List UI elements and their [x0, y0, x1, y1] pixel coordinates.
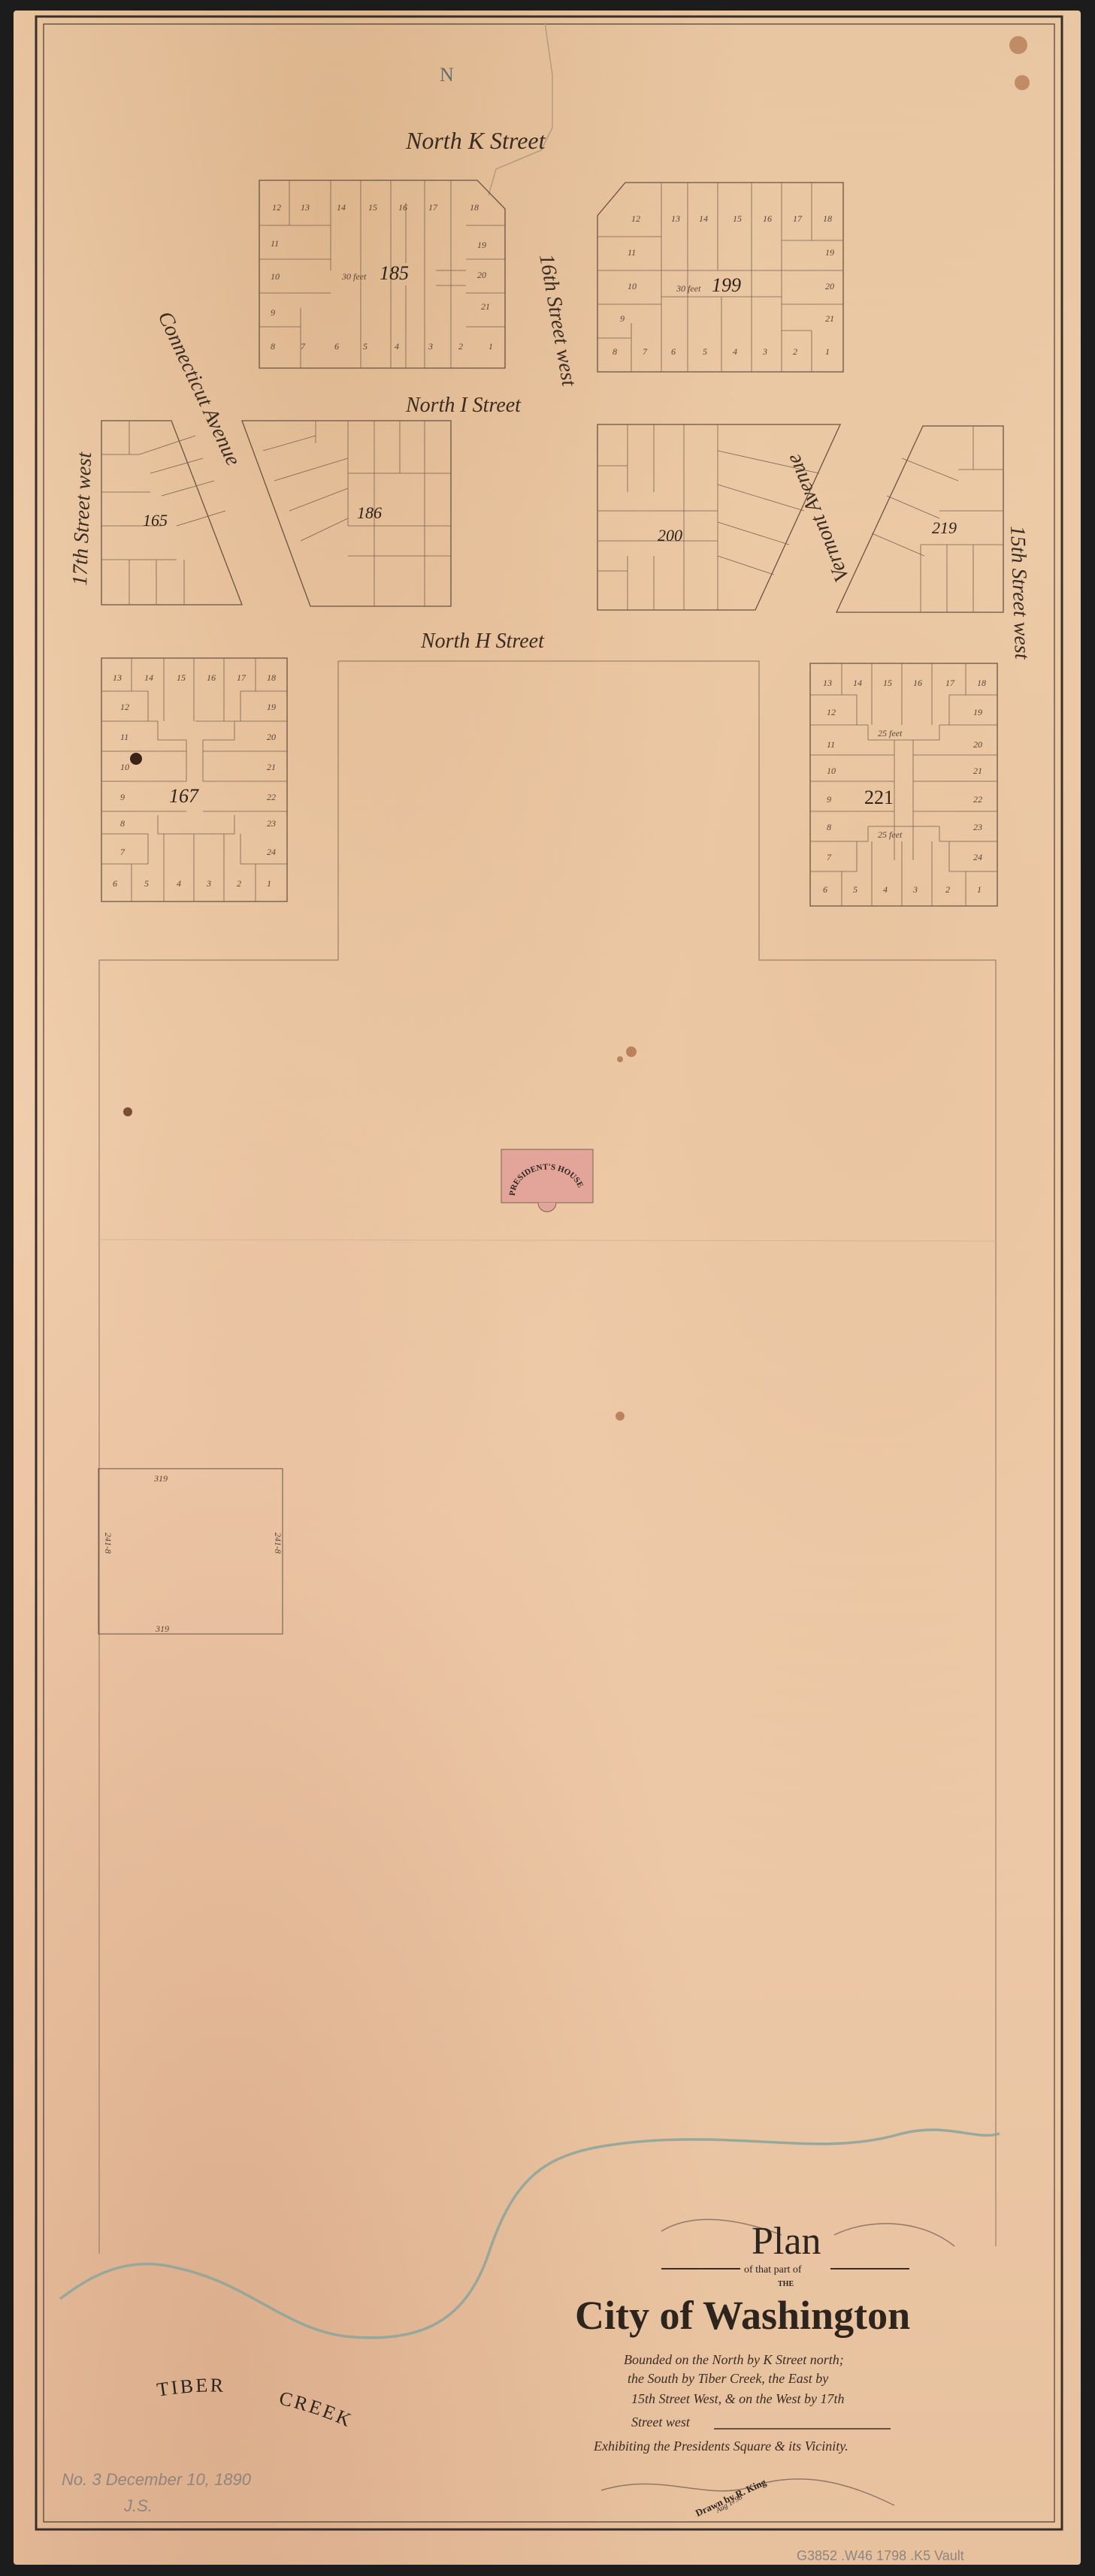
lot-number: 4 — [395, 341, 399, 352]
tiber-creek-label-2: CREEK — [277, 2387, 356, 2433]
description-line-3: 15th Street West, & on the West by 17th — [631, 2391, 844, 2406]
lot-number: 21 — [973, 766, 982, 776]
lot-number: 18 — [977, 678, 986, 688]
reservation-plot: 319 319 241-8 241-8 — [98, 1469, 283, 1634]
alley-width: 25 feet — [878, 829, 903, 840]
square-number: 186 — [357, 503, 382, 522]
credit: Drawn by R. King — [694, 2476, 768, 2519]
description-line-1: Bounded on the North by K Street north; — [624, 2352, 844, 2367]
paper-crack — [489, 23, 552, 195]
square-186: 186 — [242, 421, 451, 606]
pencil-initials: J.S. — [123, 2496, 153, 2515]
lot-number: 16 — [398, 202, 407, 213]
lot-number: 16 — [763, 213, 772, 224]
ink-stain — [130, 753, 142, 765]
square-199: 199 30 feet 12 13 14 15 16 17 18 19 20 2… — [597, 183, 843, 372]
description-line-4: Street west — [631, 2414, 691, 2430]
lot-number: 19 — [267, 702, 276, 712]
lot-number: 17 — [945, 678, 955, 688]
lot-number: 3 — [762, 346, 767, 357]
square-number: 221 — [864, 787, 894, 808]
lot-number: 18 — [470, 202, 479, 213]
lot-number: 17 — [793, 213, 803, 224]
vermont-avenue-label: Vermont Avenue — [782, 451, 854, 585]
lot-number: 14 — [699, 213, 708, 224]
lot-number: 8 — [120, 818, 125, 829]
lot-number: 1 — [977, 884, 982, 895]
lot-number: 5 — [703, 346, 707, 357]
lot-number: 6 — [823, 884, 827, 895]
lot-number: 2 — [458, 341, 463, 352]
alley-width: 30 feet — [676, 283, 701, 294]
lot-number: 14 — [144, 672, 153, 683]
lot-number: 4 — [883, 884, 888, 895]
lot-number: 13 — [823, 678, 832, 688]
lot-number: 3 — [912, 884, 918, 895]
lot-number: 1 — [825, 346, 830, 357]
lot-number: 10 — [120, 762, 129, 772]
lot-number: 9 — [120, 792, 125, 802]
stain — [626, 1046, 637, 1057]
square-167: 167 13 14 15 16 17 18 12 19 11 20 10 21 … — [101, 658, 287, 901]
square-number: 165 — [143, 511, 168, 530]
stain — [1015, 75, 1030, 90]
lot-number: 13 — [301, 202, 310, 213]
lot-number: 16 — [207, 672, 216, 683]
lot-number: 8 — [613, 346, 617, 357]
square-number: 200 — [658, 526, 682, 545]
lot-number: 5 — [363, 341, 368, 352]
dimension-label: 319 — [153, 1473, 168, 1484]
lot-number: 11 — [628, 247, 636, 258]
lot-number: 14 — [853, 678, 862, 688]
stain — [1009, 36, 1027, 54]
lot-number: 13 — [671, 213, 680, 224]
dimension-label: 319 — [155, 1623, 169, 1634]
description-line-2: the South by Tiber Creek, the East by — [628, 2371, 828, 2386]
lot-number: 16 — [913, 678, 922, 688]
lot-number: 20 — [267, 732, 276, 742]
lot-number: 8 — [827, 822, 831, 832]
lot-number: 21 — [267, 762, 276, 772]
lot-number: 9 — [620, 313, 625, 324]
lot-number: 7 — [301, 341, 306, 352]
lot-number: 9 — [827, 794, 831, 805]
lot-number: 2 — [793, 346, 797, 357]
lot-number: 19 — [477, 240, 486, 250]
presidents-square-boundary — [99, 661, 996, 2254]
alley-width: 30 feet — [341, 271, 367, 282]
square-number: 199 — [712, 274, 741, 296]
k-street-label: North K Street — [405, 127, 546, 154]
square-221: 221 25 feet 25 feet 13 14 15 16 17 18 12… — [810, 663, 997, 906]
stain — [123, 1107, 132, 1116]
title-of-that-part: of that part of — [744, 2264, 802, 2276]
lot-number: 15 — [368, 202, 377, 213]
pencil-note: No. 3 December 10, 1890 — [62, 2470, 252, 2489]
lot-number: 18 — [823, 213, 832, 224]
lot-number: 19 — [825, 247, 834, 258]
lot-number: 2 — [237, 878, 241, 889]
sixteenth-street-label: 16th Street west — [534, 252, 581, 389]
lot-number: 6 — [334, 341, 339, 352]
lot-number: 24 — [973, 852, 982, 862]
lot-number: 11 — [120, 732, 129, 742]
lot-number: 1 — [267, 878, 271, 889]
lot-number: 15 — [733, 213, 742, 224]
stain — [616, 1412, 625, 1421]
map-canvas: N North K Street North I Street North H … — [0, 0, 1095, 2576]
lot-number: 8 — [271, 341, 275, 352]
seventeenth-street-label: 17th Street west — [68, 451, 96, 586]
lot-number: 23 — [267, 818, 276, 829]
lot-number: 12 — [827, 707, 836, 717]
i-street-label: North I Street — [405, 394, 522, 417]
lot-number: 9 — [271, 307, 275, 318]
lot-number: 12 — [272, 202, 281, 213]
lot-number: 19 — [973, 707, 982, 717]
lot-number: 20 — [973, 739, 982, 750]
lot-number: 14 — [337, 202, 346, 213]
title-cartouche: Plan of that part of THE City of Washing… — [575, 2219, 954, 2518]
square-219: 219 — [836, 426, 1003, 612]
lot-number: 17 — [428, 202, 438, 213]
lot-number: 5 — [853, 884, 858, 895]
lot-number: 3 — [206, 878, 211, 889]
title-the: THE — [778, 2280, 794, 2288]
lot-number: 6 — [671, 346, 676, 357]
lot-number: 7 — [643, 346, 648, 357]
lot-number: 10 — [628, 281, 637, 291]
lot-number: 22 — [267, 792, 276, 802]
lot-number: 13 — [113, 672, 122, 683]
paper-fold — [99, 1240, 996, 1241]
alley-width: 25 feet — [878, 728, 903, 738]
lot-number: 4 — [177, 878, 181, 889]
square-number: 185 — [380, 262, 409, 284]
lot-number: 3 — [428, 341, 433, 352]
lot-number: 4 — [733, 346, 737, 357]
title-plan: Plan — [752, 2220, 821, 2263]
lot-number: 21 — [481, 301, 490, 312]
lot-number: 22 — [973, 794, 982, 805]
lot-number: 12 — [631, 213, 640, 224]
lot-number: 11 — [827, 739, 835, 750]
lot-number: 7 — [827, 852, 832, 862]
lot-number: 17 — [237, 672, 247, 683]
lot-number: 5 — [144, 878, 149, 889]
lot-number: 7 — [120, 847, 126, 857]
title-city: City of Washington — [575, 2293, 910, 2338]
lot-number: 15 — [177, 672, 186, 683]
lot-number: 15 — [883, 678, 892, 688]
h-street-label: North H Street — [420, 630, 545, 653]
square-number: 167 — [169, 785, 199, 807]
subtitle: Exhibiting the Presidents Square & its V… — [593, 2439, 848, 2454]
lot-number: 20 — [825, 281, 834, 291]
square-185: 185 30 feet 12 13 14 15 16 17 18 19 20 2… — [259, 180, 505, 368]
lot-number: 1 — [489, 341, 493, 352]
square-number: 219 — [932, 518, 957, 537]
lot-number: 12 — [120, 702, 129, 712]
north-marker: N — [440, 64, 454, 86]
dimension-label: 241-8 — [103, 1533, 113, 1554]
presidents-house: PRESIDENT'S HOUSE — [501, 1149, 593, 1212]
lot-number: 6 — [113, 878, 117, 889]
lot-number: 21 — [825, 313, 834, 324]
lot-number: 24 — [267, 847, 276, 857]
stain — [617, 1056, 623, 1062]
lot-number: 20 — [477, 270, 486, 280]
fifteenth-street-label: 15th Street west — [1006, 525, 1033, 660]
lot-number: 2 — [945, 884, 950, 895]
lot-number: 10 — [827, 766, 836, 776]
lot-number: 23 — [973, 822, 982, 832]
lot-number: 18 — [267, 672, 276, 683]
lot-number: 10 — [271, 271, 280, 282]
lot-number: 11 — [271, 238, 279, 249]
dimension-label: 241-8 — [273, 1533, 283, 1554]
call-number: G3852 .W46 1798 .K5 Vault — [797, 2548, 964, 2563]
tiber-creek-label: TIBER — [156, 2374, 226, 2400]
